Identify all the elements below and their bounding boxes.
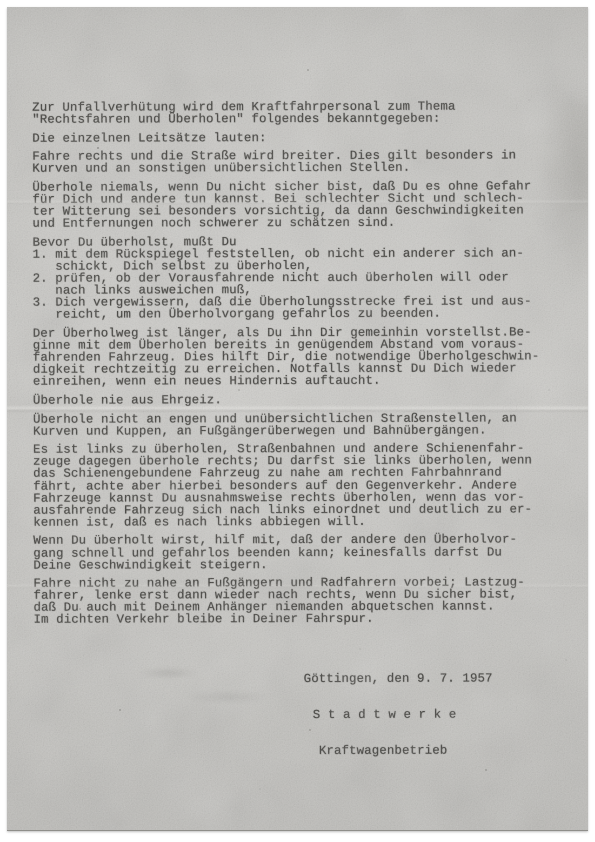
paragraph-overtaking-path: Der Überholweg ist länger, als Du ihn Di… [33, 326, 553, 388]
signature-place-date: Göttingen, den 9. 7. 1957 [304, 672, 554, 685]
paragraph-narrow-roads: Überhole nicht an engen und unübersichtl… [33, 412, 553, 438]
paragraph-ambition: Überhole nie aus Ehrgeiz. [33, 393, 553, 406]
paragraph-rule-1: Fahre rechts und die Straße wird breiter… [32, 150, 552, 176]
scanned-page: Zur Unfallverhütung wird dem Kraftfahrpe… [0, 0, 595, 842]
paragraph-left-overtaking: Es ist links zu überholen, Straßenbahnen… [33, 443, 553, 529]
paragraph-intro: Zur Unfallverhütung wird dem Kraftfahrpe… [32, 100, 552, 126]
signature-organization: S t a d t w e r k e [313, 708, 554, 721]
paper-sheet: Zur Unfallverhütung wird dem Kraftfahrpe… [7, 7, 588, 831]
paragraph-checklist: Bevor Du überholst, mußt Du 1. mit dem R… [32, 235, 552, 321]
paper-specks [7, 7, 9, 9]
memo-body: Zur Unfallverhütung wird dem Kraftfahrpe… [32, 100, 554, 782]
paragraph-pedestrians: Fahre nicht zu nahe an Fußgängern und Ra… [33, 577, 553, 627]
paragraph-lead-in: Die einzelnen Leitsätze lauten: [32, 131, 552, 144]
signature-block: Göttingen, den 9. 7. 1957 S t a d t w e … [304, 648, 554, 782]
paragraph-rule-2: Überhole niemals, wenn Du nicht sicher b… [32, 180, 552, 230]
signature-department: Kraftwagenbetrieb [319, 745, 554, 758]
paragraph-being-overtaken: Wenn Du überholt wirst, hilf mit, daß de… [33, 534, 553, 572]
